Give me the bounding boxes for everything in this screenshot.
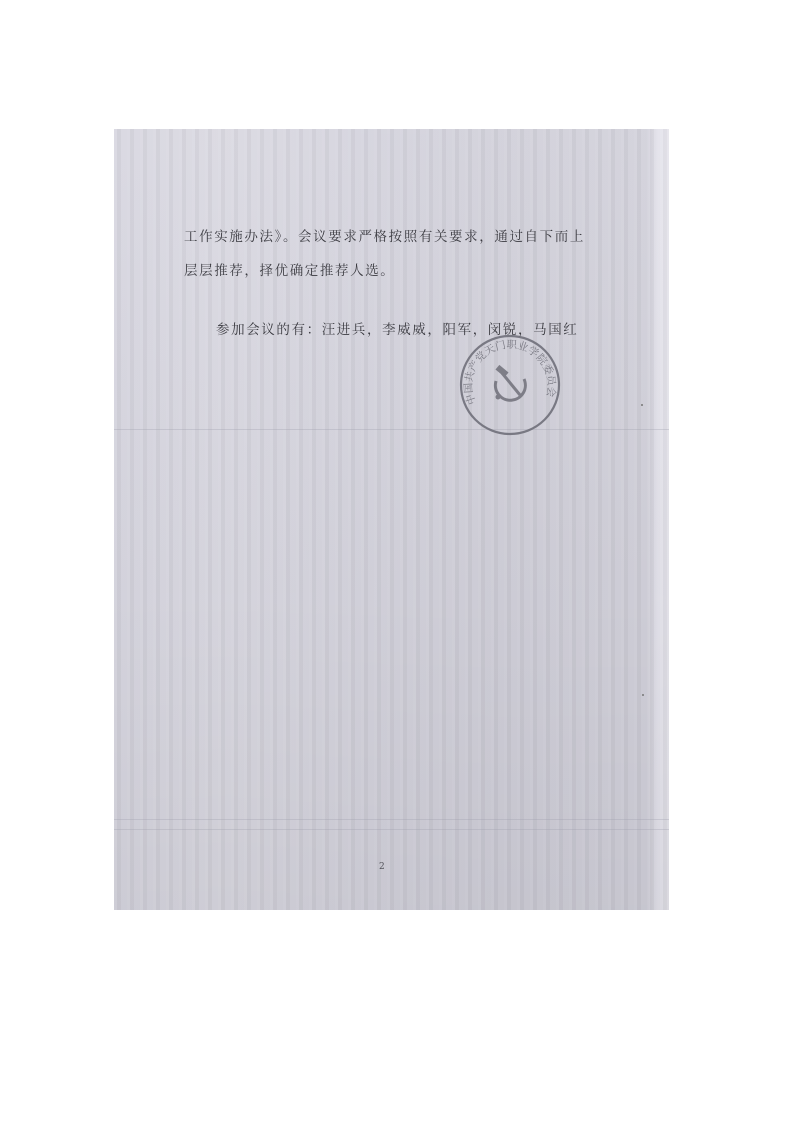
scan-artifact-line bbox=[114, 829, 669, 830]
body-text-line-1: 工作实施办法》。会议要求严格按照有关要求，通过自下而上 bbox=[184, 225, 585, 245]
scan-artifact-line bbox=[114, 429, 669, 430]
scan-speck bbox=[641, 404, 643, 406]
hammer-and-sickle-icon bbox=[495, 365, 525, 400]
body-text-line-2: 层层推荐，择优确定推荐人选。 bbox=[184, 259, 395, 279]
scanned-page-photo: 工作实施办法》。会议要求严格按照有关要求，通过自下而上 层层推荐，择优确定推荐人… bbox=[114, 129, 669, 910]
page-number: 2 bbox=[379, 862, 385, 872]
official-seal-stamp: 中国共产党天门职业学院委员会 bbox=[458, 333, 562, 437]
scan-speck bbox=[642, 694, 644, 696]
scan-artifact-line bbox=[114, 819, 669, 820]
